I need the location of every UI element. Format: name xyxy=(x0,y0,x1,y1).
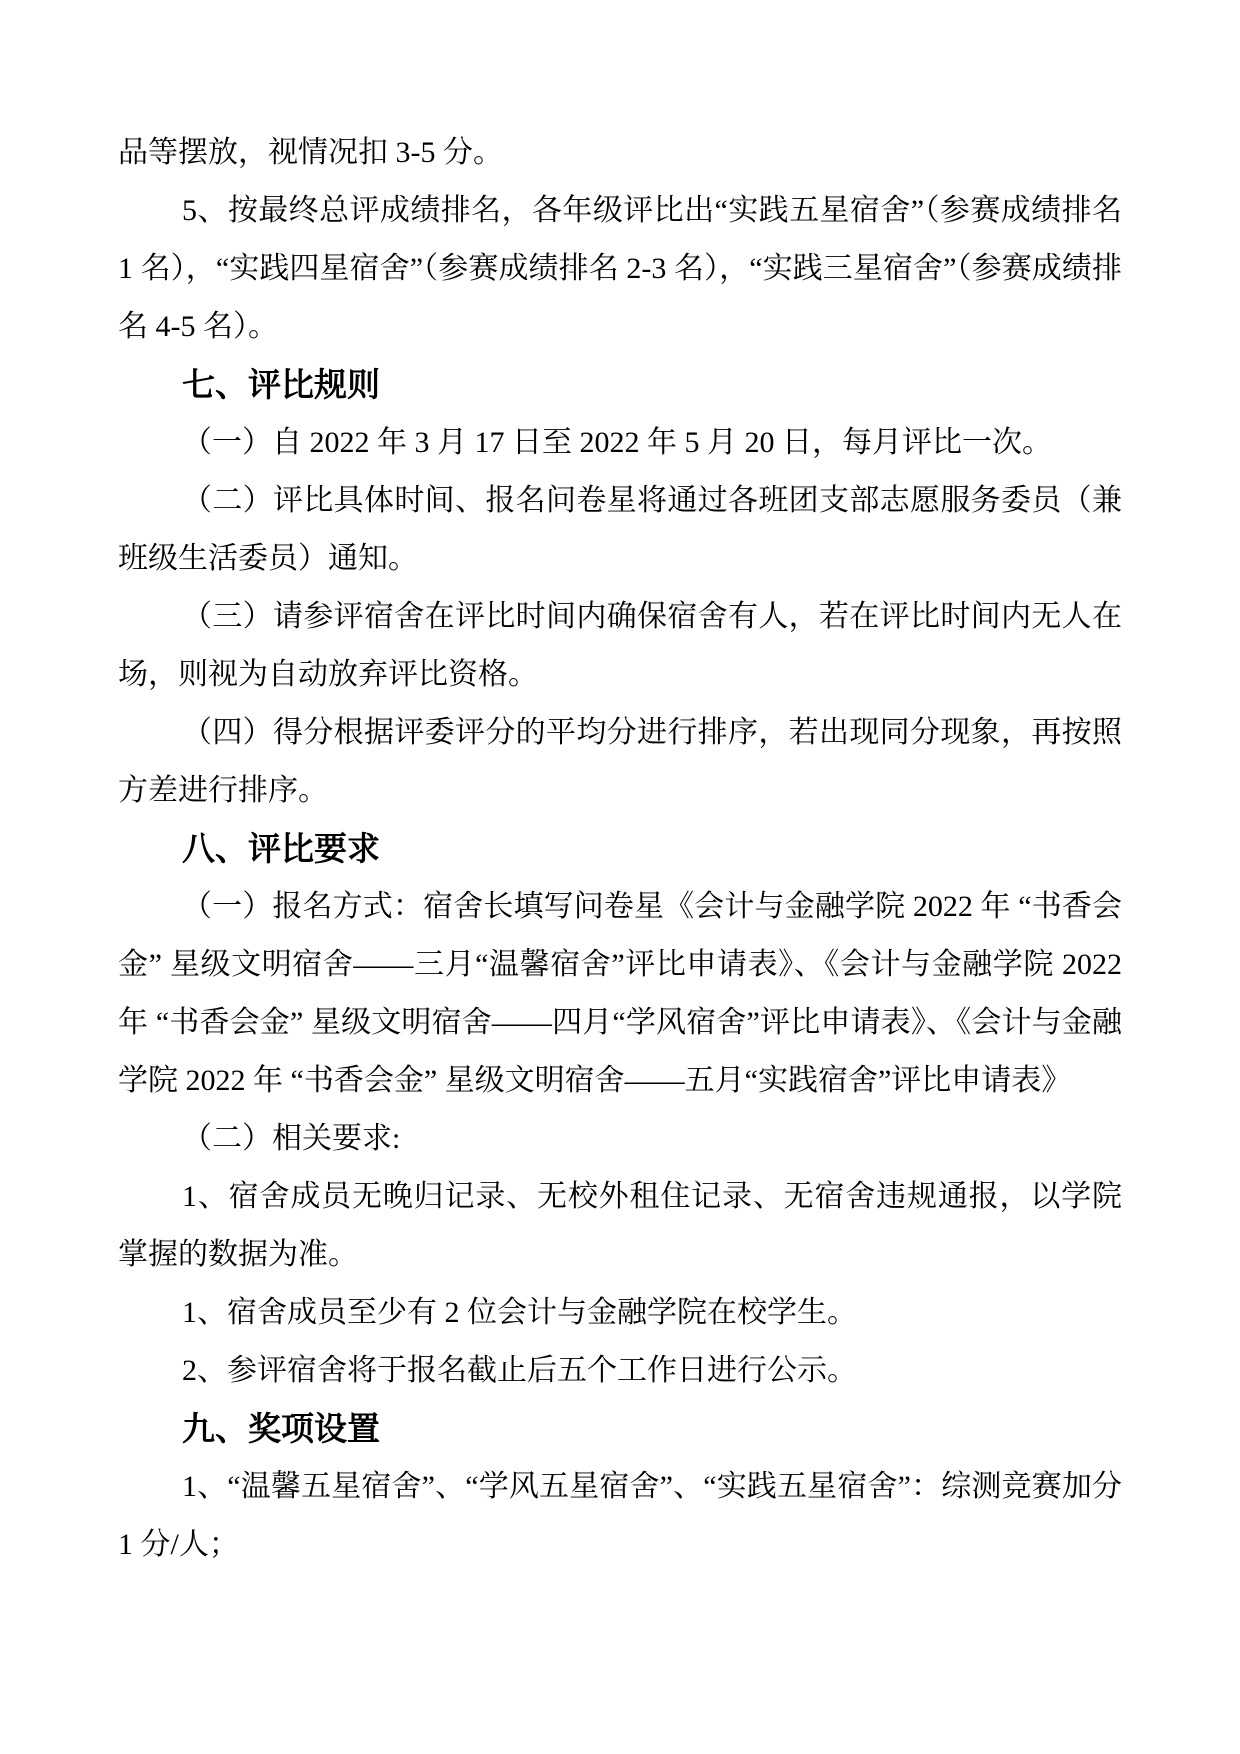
section-heading-7-rules: 七、评比规则 xyxy=(118,356,1122,414)
paragraph-award-1-fivestar: 1、“温馨五星宿舍”、“学风五星宿舍”、“实践五星宿舍”：综测竞赛加分 1 分/… xyxy=(118,1458,1122,1574)
document-content: 品等摆放，视情况扣 3-5 分。 5、按最终总评成绩排名，各年级评比出“实践五星… xyxy=(118,124,1122,1574)
section-heading-9-awards: 九、奖项设置 xyxy=(118,1400,1122,1458)
paragraph-rule-2-notice: （二）评比具体时间、报名问卷星将通过各班团支部志愿服务委员（兼班级生活委员）通知… xyxy=(118,472,1122,588)
paragraph-req-2-related: （二）相关要求: xyxy=(118,1110,1122,1168)
paragraph-req-2-2-publicity: 2、参评宿舍将于报名截止后五个工作日进行公示。 xyxy=(118,1342,1122,1400)
paragraph-req-2-1-records: 1、宿舍成员无晚归记录、无校外租住记录、无宿舍违规通报，以学院掌握的数据为准。 xyxy=(118,1168,1122,1284)
section-heading-8-requirements: 八、评比要求 xyxy=(118,820,1122,878)
paragraph-item5-ranking: 5、按最终总评成绩排名，各年级评比出“实践五星宿舍”（参赛成绩排名 1 名），“… xyxy=(118,182,1122,356)
paragraph-req-1-registration: （一）报名方式：宿舍长填写问卷星《会计与金融学院 2022 年 “书香会金” 星… xyxy=(118,878,1122,1110)
paragraph-rule-3-presence: （三）请参评宿舍在评比时间内确保宿舍有人，若在评比时间内无人在场，则视为自动放弃… xyxy=(118,588,1122,704)
paragraph-req-2-1b-members: 1、宿舍成员至少有 2 位会计与金融学院在校学生。 xyxy=(118,1284,1122,1342)
document-page: 品等摆放，视情况扣 3-5 分。 5、按最终总评成绩排名，各年级评比出“实践五星… xyxy=(0,0,1240,1754)
paragraph-continuation-deduction: 品等摆放，视情况扣 3-5 分。 xyxy=(118,124,1122,182)
paragraph-rule-1-dates: （一）自 2022 年 3 月 17 日至 2022 年 5 月 20 日，每月… xyxy=(118,414,1122,472)
paragraph-rule-4-scoring: （四）得分根据评委评分的平均分进行排序，若出现同分现象，再按照方差进行排序。 xyxy=(118,704,1122,820)
